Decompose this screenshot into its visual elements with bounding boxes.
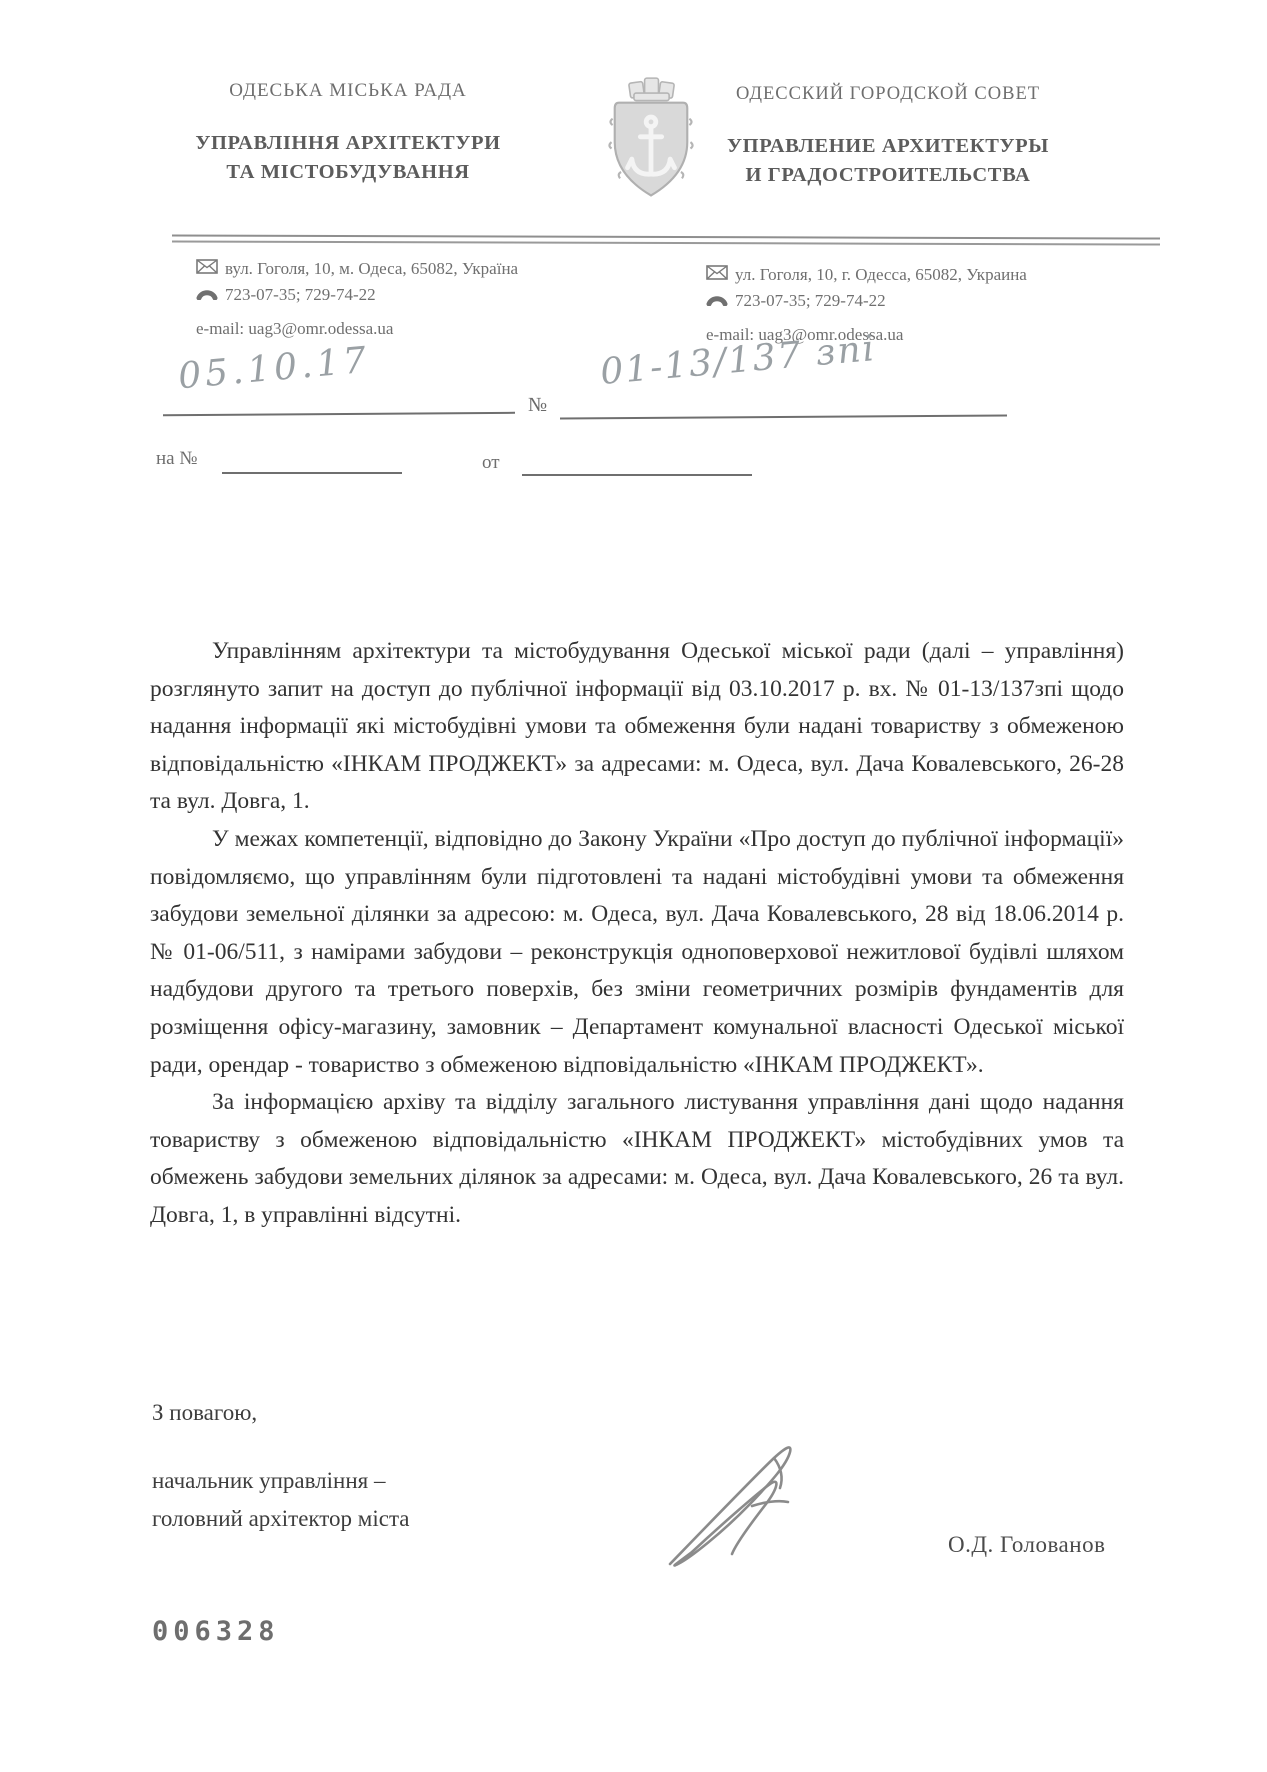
signature-scribble <box>652 1436 842 1586</box>
signatory-title-line1: начальник управління – <box>152 1462 410 1500</box>
dept-name-uk-line1: УПРАВЛІННЯ АРХІТЕКТУРИ <box>168 129 528 158</box>
reply-number-underline <box>222 472 402 474</box>
signatory-title: начальник управління – головний архітект… <box>152 1462 410 1538</box>
date-underline <box>163 412 515 416</box>
address-text-uk: вул. Гоголя, 10, м. Одеса, 65082, Україн… <box>225 256 518 282</box>
letter-body: Управлінням архітектури та містобудуванн… <box>150 633 1124 1235</box>
scanned-letter-page: ОДЕСЬКА МІСЬКА РАДА УПРАВЛІННЯ АРХІТЕКТУ… <box>0 0 1267 1772</box>
contact-block-uk: вул. Гоголя, 10, м. Одеса, 65082, Україн… <box>196 256 518 342</box>
handwritten-date: 05.10.17 <box>177 340 372 398</box>
phone-row-uk: 723-07-35; 729-74-22 <box>196 282 518 308</box>
paragraph-2: У межах компетенції, відповідно до Закон… <box>150 821 1124 1084</box>
envelope-icon <box>196 256 218 282</box>
paragraph-1: Управлінням архітектури та містобудуванн… <box>150 633 1124 821</box>
org-name-uk: ОДЕСЬКА МІСЬКА РАДА <box>168 80 528 102</box>
phone-text-ru: 723-07-35; 729-74-22 <box>735 288 886 314</box>
dept-name-ru-line1: УПРАВЛЕНИЕ АРХИТЕКТУРЫ <box>698 132 1078 161</box>
phone-row-ru: 723-07-35; 729-74-22 <box>706 288 1027 314</box>
no-label: № <box>528 394 547 417</box>
salutation: З повагою, <box>152 1400 257 1426</box>
header-divider-rule <box>172 234 1160 245</box>
email-text-uk: e-mail: uag3@omr.odessa.ua <box>196 316 518 342</box>
reply-prefix-label: на № <box>156 448 197 470</box>
reply-from-underline <box>522 474 752 476</box>
signatory-title-line2: головний архітектор міста <box>152 1500 410 1538</box>
phone-icon <box>196 282 218 308</box>
signatory-name: О.Д. Голованов <box>948 1532 1105 1558</box>
address-text-ru: ул. Гоголя, 10, г. Одесса, 65082, Украин… <box>735 262 1027 288</box>
address-row-uk: вул. Гоголя, 10, м. Одеса, 65082, Україн… <box>196 256 518 282</box>
header-left-ukrainian: ОДЕСЬКА МІСЬКА РАДА УПРАВЛІННЯ АРХІТЕКТУ… <box>168 80 528 186</box>
dept-name-uk-line2: ТА МІСТОБУДУВАННЯ <box>168 158 528 187</box>
number-underline <box>560 414 1007 419</box>
paragraph-3: За інформацією архіву та відділу загальн… <box>150 1084 1124 1234</box>
address-row-ru: ул. Гоголя, 10, г. Одесса, 65082, Украин… <box>706 262 1027 288</box>
phone-icon <box>706 288 728 314</box>
envelope-icon <box>706 262 728 288</box>
coat-of-arms-icon <box>588 76 714 204</box>
registration-stamp-number: 006328 <box>152 1616 280 1647</box>
dept-name-uk: УПРАВЛІННЯ АРХІТЕКТУРИ ТА МІСТОБУДУВАННЯ <box>168 129 528 186</box>
dept-name-ru: УПРАВЛЕНИЕ АРХИТЕКТУРЫ И ГРАДОСТРОИТЕЛЬС… <box>698 132 1078 189</box>
header-right-russian: ОДЕССКИЙ ГОРОДСКОЙ СОВЕТ УПРАВЛЕНИЕ АРХИ… <box>698 84 1078 189</box>
org-name-ru: ОДЕССКИЙ ГОРОДСКОЙ СОВЕТ <box>698 84 1078 105</box>
reply-from-label: от <box>482 452 500 474</box>
dept-name-ru-line2: И ГРАДОСТРОИТЕЛЬСТВА <box>698 161 1078 190</box>
phone-text-uk: 723-07-35; 729-74-22 <box>225 282 376 308</box>
